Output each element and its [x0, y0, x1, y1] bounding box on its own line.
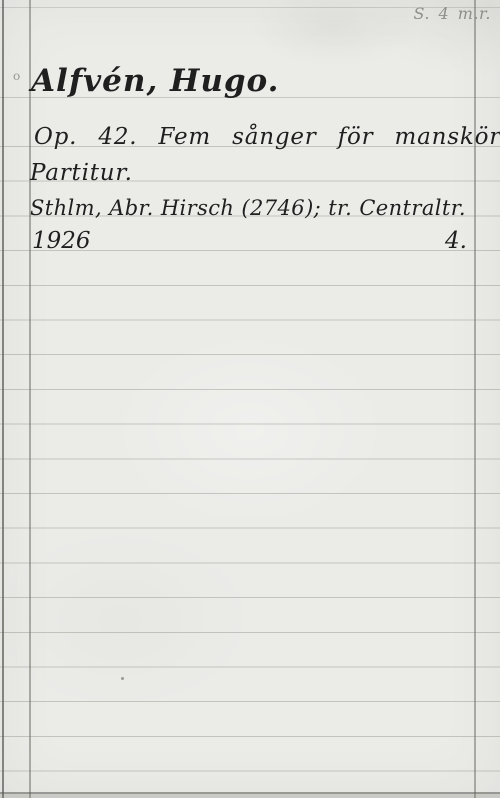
shelf-mark: S. 4 m.r.: [413, 6, 491, 22]
format-line: Partitur.: [30, 162, 133, 185]
imprint-line: Sthlm, Abr. Hirsch (2746); tr. Centraltr…: [30, 198, 466, 219]
title-line: Op. 42. Fem sånger för manskör.: [34, 126, 500, 149]
number-right: 4.: [445, 230, 467, 253]
year-row: 1926 4.: [32, 230, 467, 253]
card-edge-left: [2, 0, 4, 798]
card-edge-bottom-shadow: [0, 794, 500, 798]
author-heading: Alfvén, Hugo.: [31, 66, 279, 97]
margin-circle-mark: o: [13, 70, 20, 82]
margin-line-left: [29, 0, 31, 798]
year: 1926: [32, 230, 91, 253]
catalog-card: S. 4 m.r. o Alfvén, Hugo. Op. 42. Fem så…: [0, 0, 500, 798]
margin-line-right: [474, 0, 476, 798]
paper-speck: [121, 677, 124, 680]
